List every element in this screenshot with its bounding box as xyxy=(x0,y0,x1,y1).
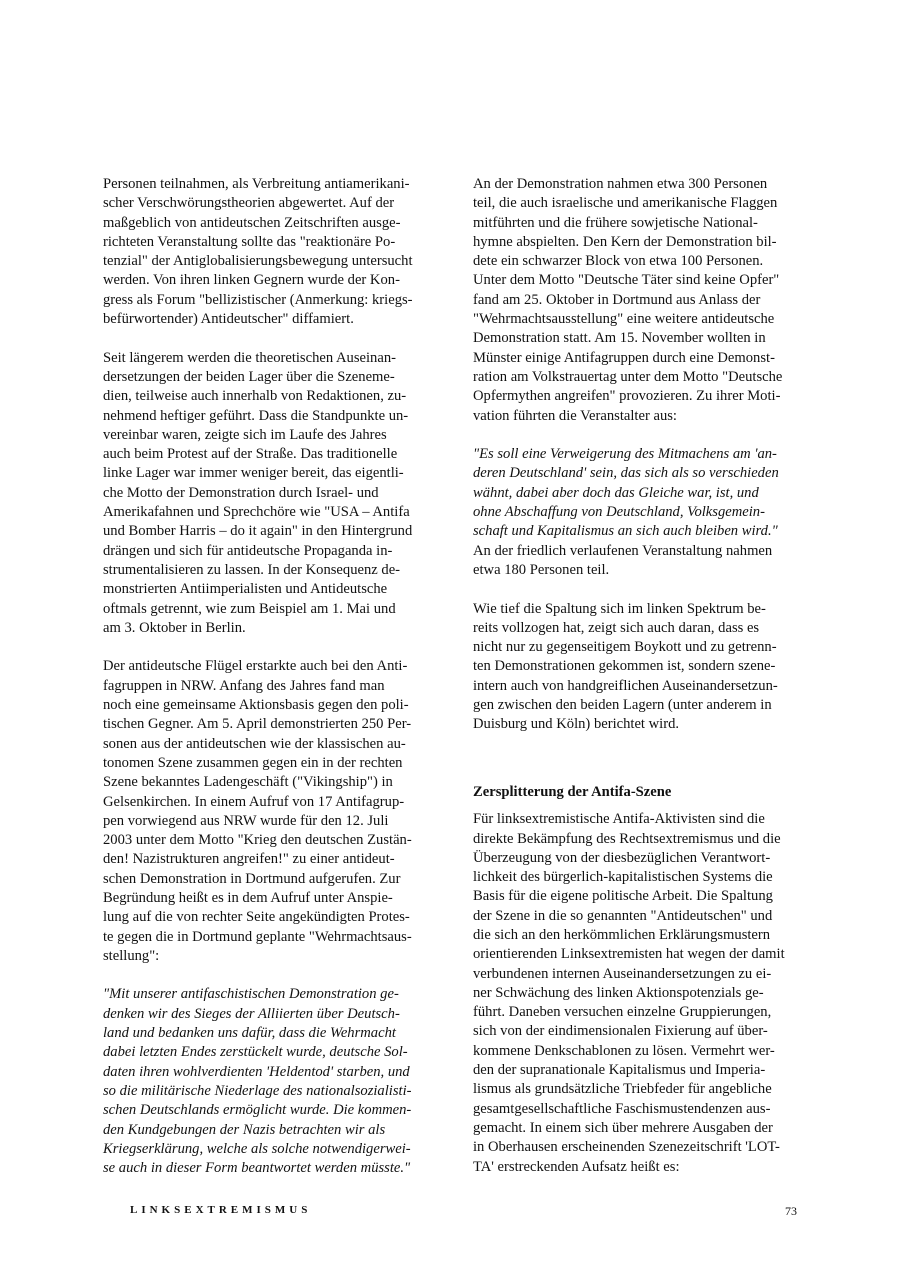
text-line: ten Demonstrationen gekommen ist, sonder… xyxy=(473,657,803,676)
text-line: 2003 unter dem Motto "Krieg den deutsche… xyxy=(103,831,433,850)
text-line: ration am Volkstrauertag unter dem Motto… xyxy=(473,368,803,387)
text-line: ohne Abschaffung von Deutschland, Volksg… xyxy=(473,503,803,522)
text-line: Überzeugung von der diesbezüglichen Vera… xyxy=(473,849,803,868)
text-line: tischen Gegner. Am 5. April demonstriert… xyxy=(103,715,433,734)
text-line: se auch in dieser Form beantwortet werde… xyxy=(103,1159,433,1178)
text-line: Für linksextremistische Antifa-Aktiviste… xyxy=(473,810,803,829)
text-line: Wie tief die Spaltung sich im linken Spe… xyxy=(473,600,803,619)
text-line: Demonstration statt. Am 15. November wol… xyxy=(473,329,803,348)
text-line: maßgeblich von antideutschen Zeitschrift… xyxy=(103,214,433,233)
text-line: strumentalisieren zu lassen. In der Kons… xyxy=(103,561,433,580)
text-line: richteten Veranstaltung sollte das "reak… xyxy=(103,233,433,252)
text-line: "Mit unserer antifaschistischen Demonstr… xyxy=(103,985,433,1004)
text-line: und Bomber Harris – do it again" in den … xyxy=(103,522,433,541)
text-line: tonomen Szene zusammen gegen ein in der … xyxy=(103,754,433,773)
text-line: ner Schwächung des linken Aktionspotenzi… xyxy=(473,984,803,1003)
text-line: befürwortender) Antideutscher" diffamier… xyxy=(103,310,433,329)
text-line: etwa 180 Personen teil. xyxy=(473,561,803,580)
text-line: lichkeit des bürgerlich-kapitalistischen… xyxy=(473,868,803,887)
text-line: scher Verschwörungstheorien abgewertet. … xyxy=(103,194,433,213)
text-line: tenzial" der Antiglobalisierungsbewegung… xyxy=(103,252,433,271)
text-line: che Motto der Demonstration durch Israel… xyxy=(103,484,433,503)
text-line: dete ein schwarzer Block von etwa 100 Pe… xyxy=(473,252,803,271)
text-line: der Szene in die so genannten "Antideuts… xyxy=(473,907,803,926)
text-line: "Es soll eine Verweigerung des Mitmachen… xyxy=(473,445,803,464)
text-line: Münster einige Antifagruppen durch eine … xyxy=(473,349,803,368)
text-line: den der supranationale Kapitalismus und … xyxy=(473,1061,803,1080)
text-line: denken wir des Sieges der Alliierten übe… xyxy=(103,1005,433,1024)
text-line: nehmend heftiger geführt. Dass die Stand… xyxy=(103,407,433,426)
paragraph: An der friedlich verlaufenen Veranstaltu… xyxy=(473,542,803,581)
text-line: pen vorwiegend aus NRW wurde für den 12.… xyxy=(103,812,433,831)
paragraph: Wie tief die Spaltung sich im linken Spe… xyxy=(473,600,803,735)
text-line: noch eine gemeinsame Aktionsbasis gegen … xyxy=(103,696,433,715)
text-line: auch beim Protest auf der Straße. Das tr… xyxy=(103,445,433,464)
text-line: An der Demonstration nahmen etwa 300 Per… xyxy=(473,175,803,194)
text-line: deren Deutschland' sein, das sich als so… xyxy=(473,464,803,483)
text-line: schaft und Kapitalismus an sich auch ble… xyxy=(473,522,803,541)
text-line: fagruppen in NRW. Anfang des Jahres fand… xyxy=(103,677,433,696)
text-line: TA' erstreckenden Aufsatz heißt es: xyxy=(473,1158,803,1177)
text-line: werden. Von ihren linken Gegnern wurde d… xyxy=(103,271,433,290)
text-line: sich von der eindimensionalen Fixierung … xyxy=(473,1022,803,1041)
text-line: vation führten die Veranstalter aus: xyxy=(473,407,803,426)
paragraph: Der antideutsche Flügel erstarkte auch b… xyxy=(103,657,433,966)
text-line: land und bedanken uns dafür, dass die We… xyxy=(103,1024,433,1043)
text-line: fand am 25. Oktober in Dortmund aus Anla… xyxy=(473,291,803,310)
text-line: Begründung heißt es in dem Aufruf unter … xyxy=(103,889,433,908)
text-line: gesamtgesellschaftliche Faschismustenden… xyxy=(473,1100,803,1119)
page-number: 73 xyxy=(785,1204,797,1219)
text-line: Szene bekanntes Ladengeschäft ("Vikingsh… xyxy=(103,773,433,792)
text-line: Duisburg und Köln) berichtet wird. xyxy=(473,715,803,734)
text-line: daten ihren wohlverdienten 'Heldentod' s… xyxy=(103,1063,433,1082)
paragraph: Seit längerem werden die theoretischen A… xyxy=(103,349,433,638)
text-line: teil, die auch israelische und amerikani… xyxy=(473,194,803,213)
text-line: den Kundgebungen der Nazis betrachten wi… xyxy=(103,1121,433,1140)
text-line: sonen aus der antideutschen wie der klas… xyxy=(103,735,433,754)
text-line: schen Demonstration in Dortmund aufgeruf… xyxy=(103,870,433,889)
text-line: lung auf die von rechter Seite angekündi… xyxy=(103,908,433,927)
text-line: drängen und sich für antideutsche Propag… xyxy=(103,542,433,561)
text-line: Personen teilnahmen, als Verbreitung ant… xyxy=(103,175,433,194)
text-line: wähnt, dabei aber doch das Gleiche war, … xyxy=(473,484,803,503)
text-line: Gelsenkirchen. In einem Aufruf von 17 An… xyxy=(103,793,433,812)
text-line: reits vollzogen hat, zeigt sich auch dar… xyxy=(473,619,803,638)
block-quote: "Mit unserer antifaschistischen Demonstr… xyxy=(103,985,433,1178)
text-line: verbundenen internen Auseinandersetzunge… xyxy=(473,965,803,984)
text-line: monstrierten Antiimperialisten und Antid… xyxy=(103,580,433,599)
text-line: stellung": xyxy=(103,947,433,966)
text-line: den! Nazistrukturen angreifen!" zu einer… xyxy=(103,850,433,869)
text-line: am 3. Oktober in Berlin. xyxy=(103,619,433,638)
text-line: die sich an den herkömmlichen Erklärungs… xyxy=(473,926,803,945)
text-line: vereinbar waren, zeigte sich im Laufe de… xyxy=(103,426,433,445)
text-line: dersetzungen der beiden Lager über die S… xyxy=(103,368,433,387)
text-line: intern auch von handgreiflichen Auseinan… xyxy=(473,677,803,696)
text-line: gemacht. In einem sich über mehrere Ausg… xyxy=(473,1119,803,1138)
text-line: lismus als grundsätzliche Triebfeder für… xyxy=(473,1080,803,1099)
text-line: hymne abspielten. Den Kern der Demonstra… xyxy=(473,233,803,252)
text-line: nicht nur zu gegenseitigem Boykott und z… xyxy=(473,638,803,657)
text-line: oftmals getrennt, wie zum Beispiel am 1.… xyxy=(103,600,433,619)
text-line: Unter dem Motto "Deutsche Täter sind kei… xyxy=(473,271,803,290)
text-line: gress als Forum "bellizistischer (Anmerk… xyxy=(103,291,433,310)
text-line: mitführten und die frühere sowjetische N… xyxy=(473,214,803,233)
text-line: kommene Denkschablonen zu lösen. Vermehr… xyxy=(473,1042,803,1061)
paragraph: An der Demonstration nahmen etwa 300 Per… xyxy=(473,175,803,426)
paragraph: Personen teilnahmen, als Verbreitung ant… xyxy=(103,175,433,329)
text-line: Basis für die eigene politische Arbeit. … xyxy=(473,887,803,906)
text-line: An der friedlich verlaufenen Veranstaltu… xyxy=(473,542,803,561)
text-line: te gegen die in Dortmund geplante "Wehrm… xyxy=(103,928,433,947)
text-line: Amerikafahnen und Sprechchöre wie "USA –… xyxy=(103,503,433,522)
text-line: so die militärische Niederlage des natio… xyxy=(103,1082,433,1101)
paragraph: Für linksextremistische Antifa-Aktiviste… xyxy=(473,810,803,1177)
text-line: Seit längerem werden die theoretischen A… xyxy=(103,349,433,368)
text-line: gen zwischen den beiden Lagern (unter an… xyxy=(473,696,803,715)
text-line: schen Deutschlands ermöglicht wurde. Die… xyxy=(103,1101,433,1120)
running-footer-title: LINKSEXTREMISMUS xyxy=(130,1204,311,1216)
text-line: Kriegserklärung, welche als solche notwe… xyxy=(103,1140,433,1159)
section-spacer xyxy=(473,754,803,783)
text-line: orientierenden Linksextremisten hat wege… xyxy=(473,945,803,964)
section-heading: Zersplitterung der Antifa-Szene xyxy=(473,783,803,802)
right-column: An der Demonstration nahmen etwa 300 Per… xyxy=(473,175,803,1196)
text-line: dien, teilweise auch innerhalb von Redak… xyxy=(103,387,433,406)
text-line: Der antideutsche Flügel erstarkte auch b… xyxy=(103,657,433,676)
text-line: "Wehrmachtsausstellung" eine weitere ant… xyxy=(473,310,803,329)
text-line: führt. Daneben versuchen einzelne Gruppi… xyxy=(473,1003,803,1022)
text-line: in Oberhausen erscheinenden Szenezeitsch… xyxy=(473,1138,803,1157)
block-quote: "Es soll eine Verweigerung des Mitmachen… xyxy=(473,445,803,541)
text-line: linke Lager war immer weniger bereit, da… xyxy=(103,464,433,483)
left-column: Personen teilnahmen, als Verbreitung ant… xyxy=(103,175,433,1198)
text-line: direkte Bekämpfung des Rechtsextremismus… xyxy=(473,830,803,849)
text-line: Opfermythen angreifen" provozieren. Zu i… xyxy=(473,387,803,406)
text-line: dabei letzten Endes zerstückelt wurde, d… xyxy=(103,1043,433,1062)
